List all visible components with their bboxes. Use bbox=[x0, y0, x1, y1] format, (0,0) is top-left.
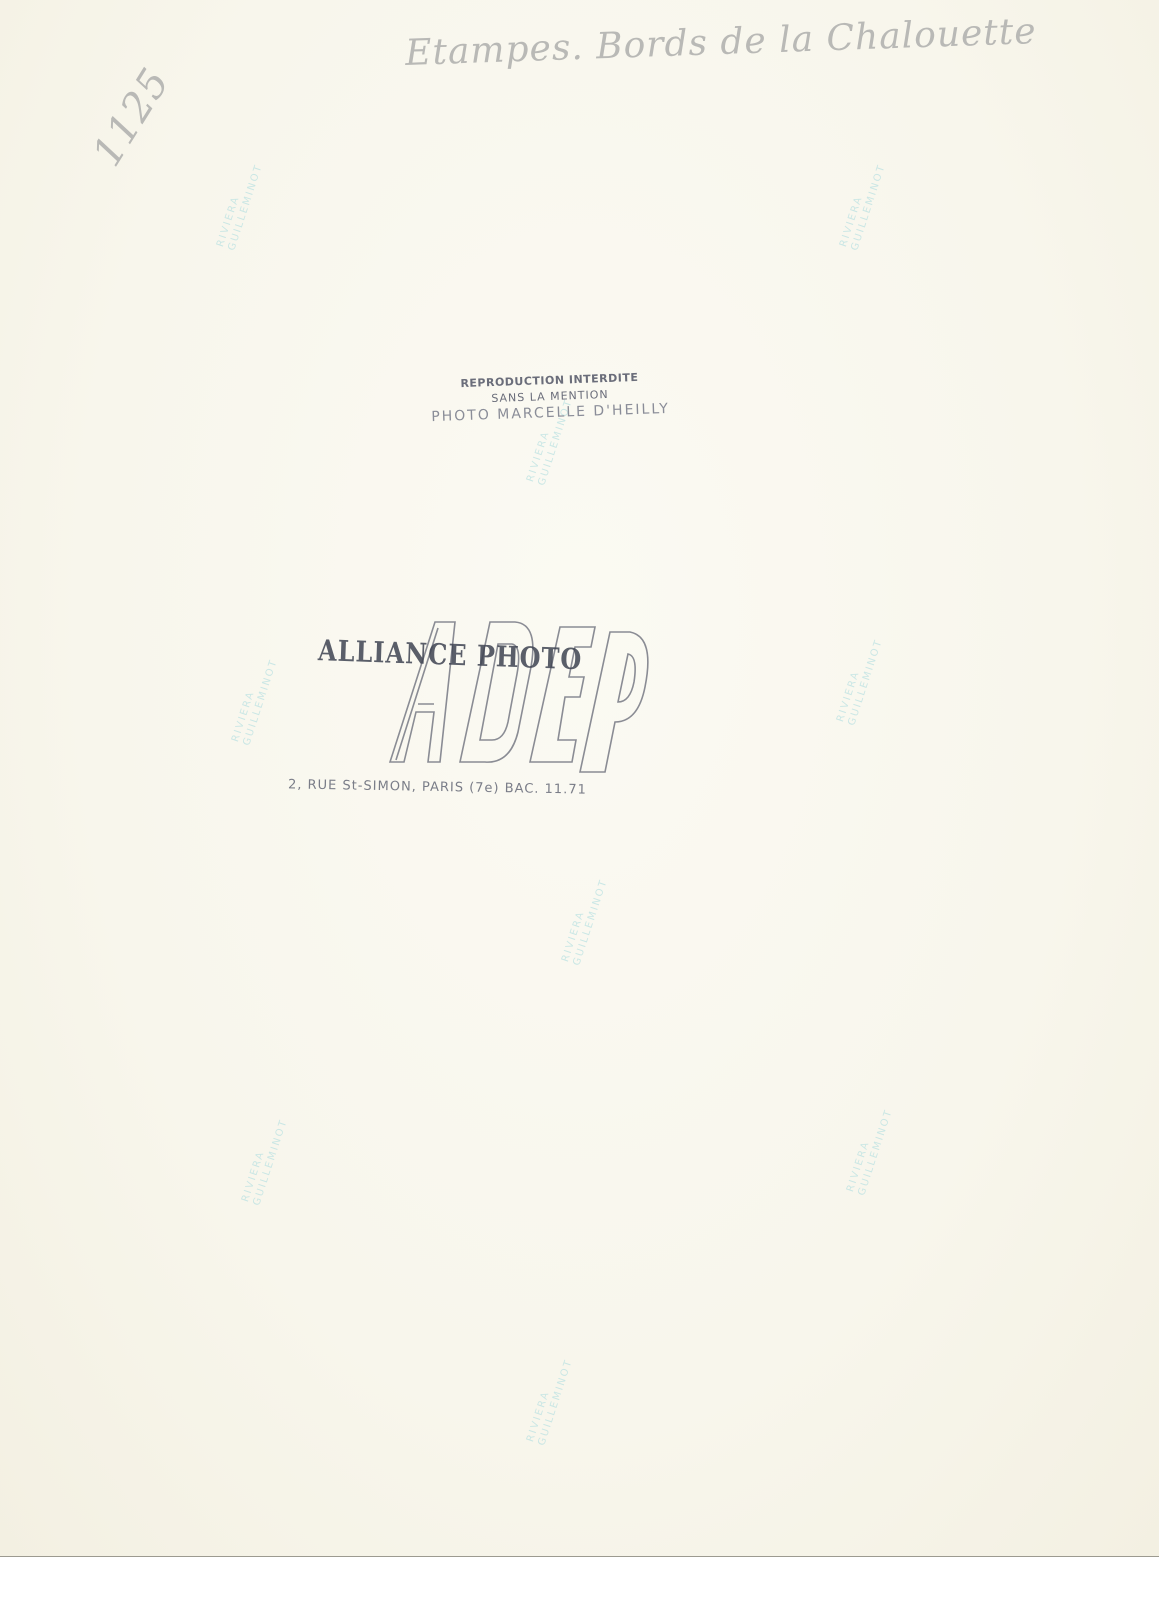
handwritten-number: 1125 bbox=[84, 60, 179, 174]
watermark: RIVIERAGUILLEMINOT bbox=[230, 654, 281, 748]
handwritten-caption: Etampes. Bords de la Chalouette bbox=[404, 11, 1037, 74]
reproduction-stamp: REPRODUCTION INTERDITE SANS LA MENTION P… bbox=[389, 367, 710, 426]
photo-verso-paper: RIVIERAGUILLEMINOT RIVIERAGUILLEMINOT RI… bbox=[0, 0, 1159, 1557]
watermark: RIVIERAGUILLEMINOT bbox=[838, 159, 889, 253]
watermark: RIVIERAGUILLEMINOT bbox=[845, 1104, 896, 1198]
watermark: RIVIERAGUILLEMINOT bbox=[560, 874, 611, 968]
watermark: RIVIERAGUILLEMINOT bbox=[240, 1114, 291, 1208]
watermark: RIVIERAGUILLEMINOT bbox=[525, 1354, 576, 1448]
watermark: RIVIERAGUILLEMINOT bbox=[835, 634, 886, 728]
watermark: RIVIERAGUILLEMINOT bbox=[215, 159, 266, 253]
